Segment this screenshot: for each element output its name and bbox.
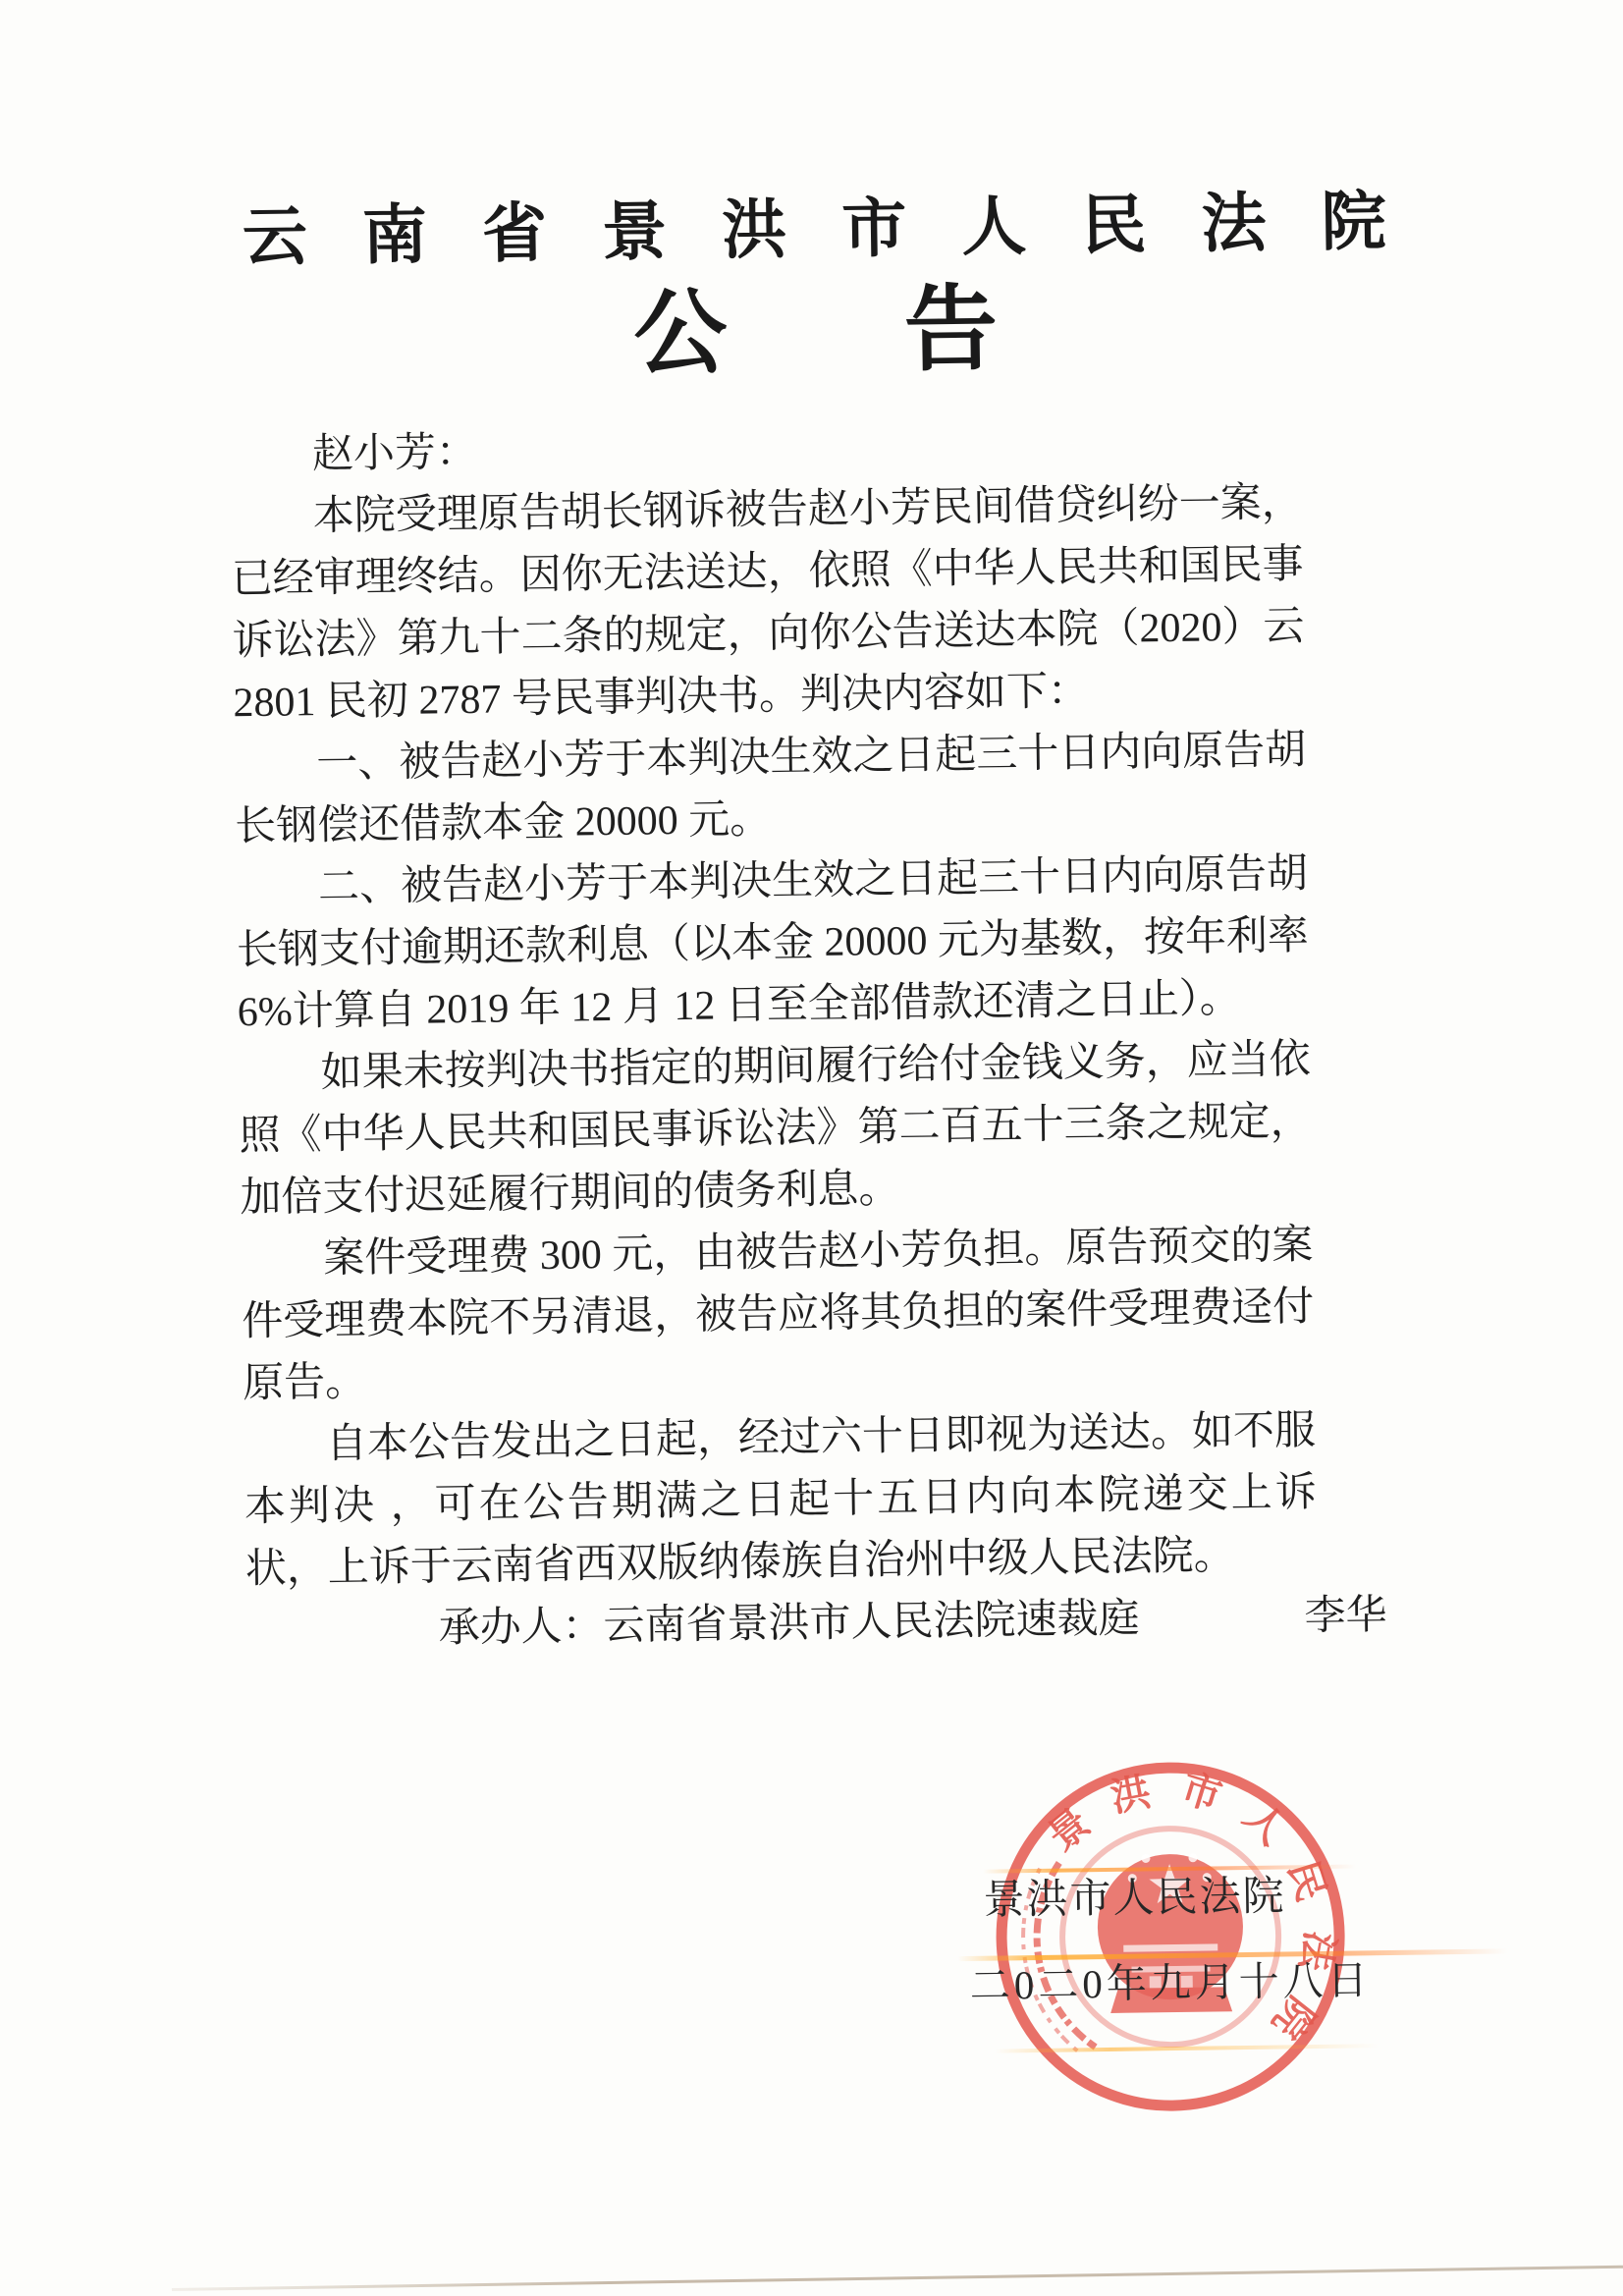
scanned-document-content: 云南省景洪市人民法院 公 告 赵小芳： 本院受理原告胡长钢诉被告赵小芳民间借贷纠… [0,0,1623,2296]
court-title: 云南省景洪市人民法院 [2,182,1623,276]
court-announcement-page: 云南省景洪市人民法院 公 告 赵小芳： 本院受理原告胡长钢诉被告赵小芳民间借贷纠… [0,0,1623,2296]
body-paragraph-late-performance: 如果未按判决书指定的期间履行给付金钱义务，应当依照《中华人民共和国民事诉讼法》第… [238,1029,1313,1230]
announcement-body: 赵小芳： 本院受理原告胡长钢诉被告赵小芳民间借贷纠纷一案，已经审理终结。因你无法… [230,410,1319,1663]
body-paragraph-case-intro: 本院受理原告胡长钢诉被告赵小芳民间借贷纠纷一案，已经审理终结。因你无法送达，依照… [230,472,1305,735]
body-paragraph-judgment-item-1: 一、被告赵小芳于本判决生效之日起三十日内向原告胡长钢偿还借款本金 20000 元… [234,720,1308,858]
body-paragraph-judgment-item-2: 二、被告赵小芳于本判决生效之日起三十日内向原告胡长钢支付逾期还款利息（以本金 2… [236,844,1311,1044]
signature-date: 二0二0年九月十八日 [969,1957,1372,2008]
signature-court-name: 景洪市人民法院 [983,1874,1286,1923]
body-paragraph-service-period: 自本公告发出之日起，经过六十日即视为送达。如不服本判决 ，可在公告期满之日起十五… [243,1400,1319,1601]
announcement-heading: 公 告 [4,272,1623,393]
body-paragraph-court-fee: 案件受理费 300 元，由被告赵小芳负担。原告预交的案件受理费本院不另清退，被告… [241,1215,1316,1415]
court-seal: 景洪市人民法院 [961,1727,1380,2146]
